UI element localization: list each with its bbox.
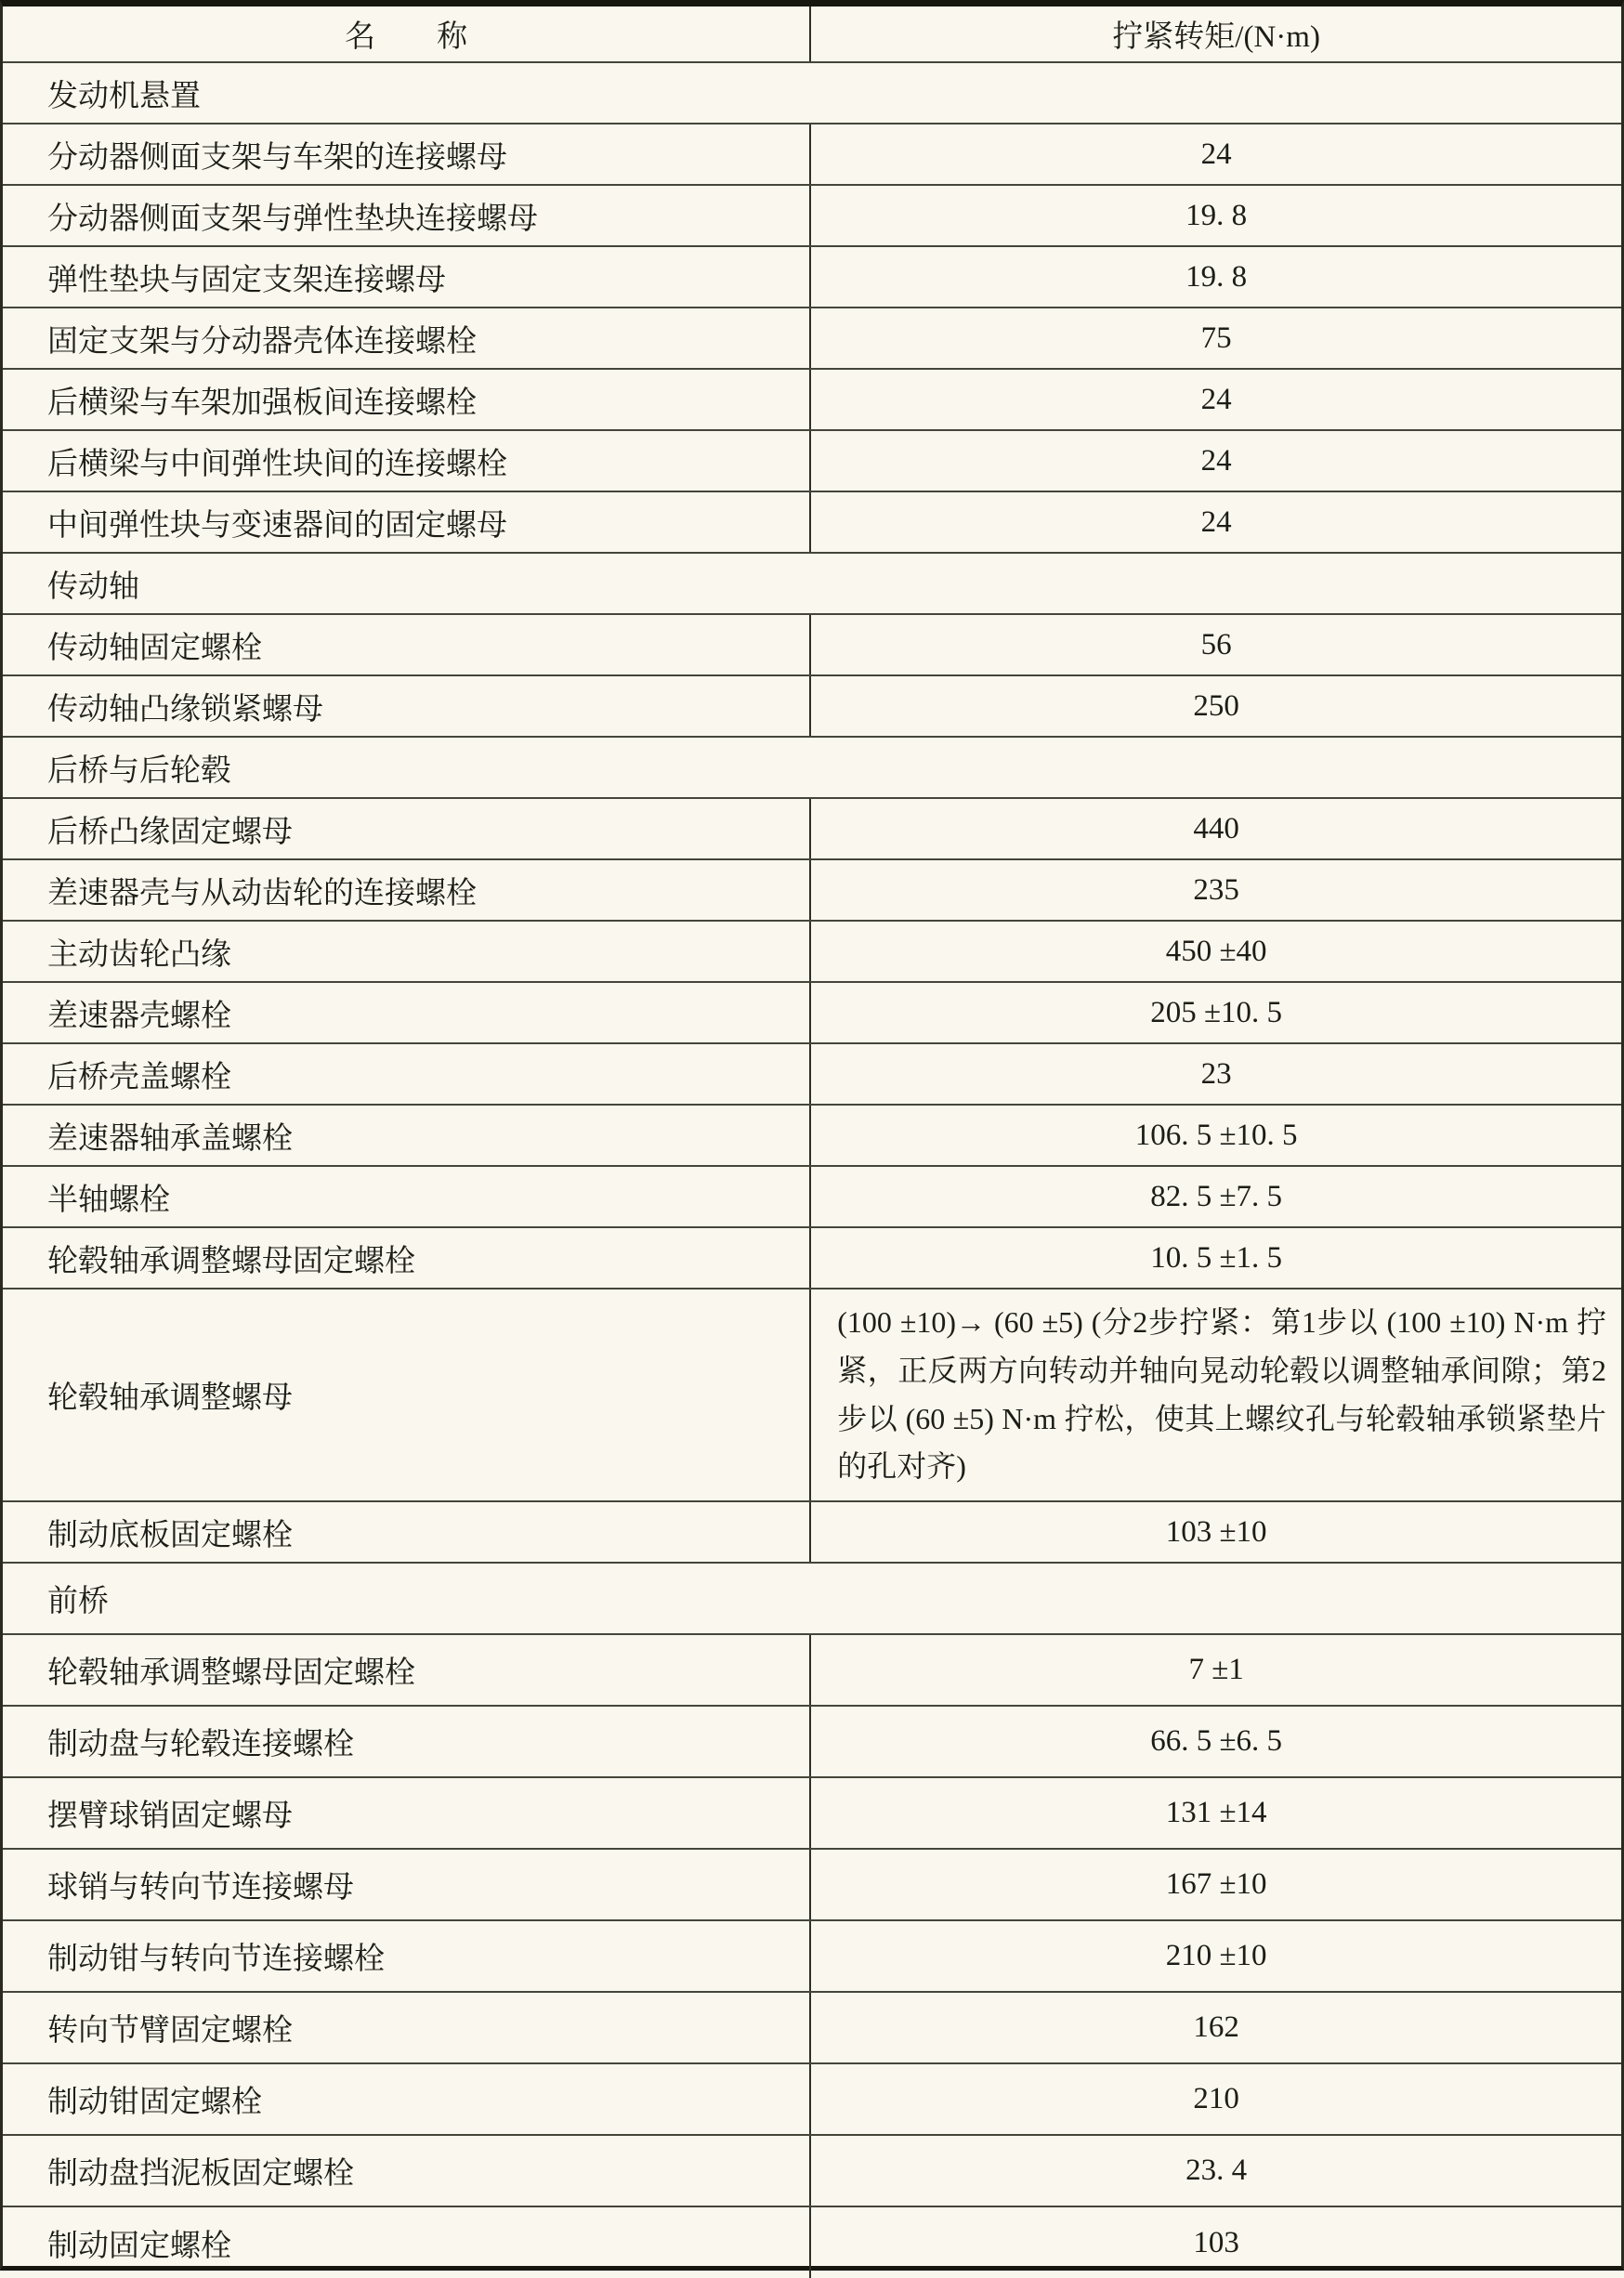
table-row: 后桥凸缘固定螺母440: [3, 798, 1621, 859]
row-torque-cell: 106. 5 ±10. 5: [810, 1105, 1621, 1166]
table-row: 主动齿轮凸缘450 ±40: [3, 921, 1621, 982]
row-name-cell: 制动固定螺栓: [3, 2206, 810, 2278]
row-torque-cell: 19. 8: [810, 185, 1621, 246]
row-name-cell: 分动器侧面支架与弹性垫块连接螺母: [3, 185, 810, 246]
row-torque-cell: 24: [810, 124, 1621, 185]
section-title-cell: 后桥与后轮毂: [3, 737, 1621, 798]
table-row: 传动轴固定螺栓56: [3, 614, 1621, 675]
row-torque-cell: 24: [810, 491, 1621, 553]
row-torque-cell: 440: [810, 798, 1621, 859]
table-row: 轮毂轴承调整螺母(100 ±10)→ (60 ±5) (分2步拧紧：第1步以 (…: [3, 1289, 1621, 1501]
table-row: 弹性垫块与固定支架连接螺母19. 8: [3, 246, 1621, 308]
row-name-cell: 轮毂轴承调整螺母固定螺栓: [3, 1634, 810, 1706]
row-name-cell: 摆臂球销固定螺母: [3, 1777, 810, 1849]
table-row: 差速器壳螺栓205 ±10. 5: [3, 982, 1621, 1043]
row-torque-cell: 82. 5 ±7. 5: [810, 1166, 1621, 1227]
table-row: 转向节臂固定螺栓162: [3, 1992, 1621, 2063]
row-name-cell: 分动器侧面支架与车架的连接螺母: [3, 124, 810, 185]
table-row: 制动固定螺栓103: [3, 2206, 1621, 2278]
torque-spec-table-page: 名 称 拧紧转矩/(N·m) 发动机悬置分动器侧面支架与车架的连接螺母24分动器…: [0, 0, 1624, 2271]
row-torque-cell: 205 ±10. 5: [810, 982, 1621, 1043]
section-title-cell: 前桥: [3, 1563, 1621, 1634]
row-torque-cell: 162: [810, 1992, 1621, 2063]
column-header-name: 名 称: [3, 7, 810, 62]
table-row: 差速器壳与从动齿轮的连接螺栓235: [3, 859, 1621, 921]
row-torque-cell: 103 ±10: [810, 1501, 1621, 1563]
row-name-cell: 后桥壳盖螺栓: [3, 1043, 810, 1105]
table-row: 固定支架与分动器壳体连接螺栓75: [3, 308, 1621, 369]
row-name-cell: 弹性垫块与固定支架连接螺母: [3, 246, 810, 308]
table-row: 球销与转向节连接螺母167 ±10: [3, 1849, 1621, 1920]
row-torque-cell: 66. 5 ±6. 5: [810, 1706, 1621, 1777]
table-row: 半轴螺栓82. 5 ±7. 5: [3, 1166, 1621, 1227]
row-name-cell: 后桥凸缘固定螺母: [3, 798, 810, 859]
row-name-cell: 半轴螺栓: [3, 1166, 810, 1227]
row-name-cell: 制动底板固定螺栓: [3, 1501, 810, 1563]
row-torque-cell: 23. 4: [810, 2135, 1621, 2206]
table-row: 摆臂球销固定螺母131 ±14: [3, 1777, 1621, 1849]
table-row: 中间弹性块与变速器间的固定螺母24: [3, 491, 1621, 553]
section-row: 发动机悬置: [3, 62, 1621, 124]
row-name-cell: 制动盘挡泥板固定螺栓: [3, 2135, 810, 2206]
row-torque-cell: 450 ±40: [810, 921, 1621, 982]
row-torque-cell: 10. 5 ±1. 5: [810, 1227, 1621, 1289]
row-name-cell: 传动轴凸缘锁紧螺母: [3, 675, 810, 737]
section-title-cell: 发动机悬置: [3, 62, 1621, 124]
row-torque-cell: 210 ±10: [810, 1920, 1621, 1992]
row-name-cell: 制动盘与轮毂连接螺栓: [3, 1706, 810, 1777]
row-torque-cell: 250: [810, 675, 1621, 737]
table-header-row: 名 称 拧紧转矩/(N·m): [3, 7, 1621, 62]
table-row: 分动器侧面支架与弹性垫块连接螺母19. 8: [3, 185, 1621, 246]
table-row: 后桥壳盖螺栓23: [3, 1043, 1621, 1105]
row-name-cell: 主动齿轮凸缘: [3, 921, 810, 982]
row-name-cell: 轮毂轴承调整螺母固定螺栓: [3, 1227, 810, 1289]
row-torque-cell: (100 ±10)→ (60 ±5) (分2步拧紧：第1步以 (100 ±10)…: [810, 1289, 1621, 1501]
row-torque-cell: 131 ±14: [810, 1777, 1621, 1849]
row-torque-cell: 167 ±10: [810, 1849, 1621, 1920]
row-torque-cell: 235: [810, 859, 1621, 921]
table-row: 轮毂轴承调整螺母固定螺栓7 ±1: [3, 1634, 1621, 1706]
row-name-cell: 转向节臂固定螺栓: [3, 1992, 810, 2063]
section-row: 后桥与后轮毂: [3, 737, 1621, 798]
table-row: 轮毂轴承调整螺母固定螺栓10. 5 ±1. 5: [3, 1227, 1621, 1289]
row-name-cell: 差速器壳与从动齿轮的连接螺栓: [3, 859, 810, 921]
row-torque-cell: 7 ±1: [810, 1634, 1621, 1706]
table-row: 制动盘与轮毂连接螺栓66. 5 ±6. 5: [3, 1706, 1621, 1777]
row-torque-cell: 24: [810, 369, 1621, 430]
row-torque-cell: 75: [810, 308, 1621, 369]
row-name-cell: 轮毂轴承调整螺母: [3, 1289, 810, 1501]
table-row: 传动轴凸缘锁紧螺母250: [3, 675, 1621, 737]
row-torque-cell: 210: [810, 2063, 1621, 2135]
row-torque-cell: 56: [810, 614, 1621, 675]
torque-table: 名 称 拧紧转矩/(N·m) 发动机悬置分动器侧面支架与车架的连接螺母24分动器…: [3, 7, 1621, 2278]
row-name-cell: 制动钳固定螺栓: [3, 2063, 810, 2135]
table-row: 制动盘挡泥板固定螺栓23. 4: [3, 2135, 1621, 2206]
table-row: 制动底板固定螺栓103 ±10: [3, 1501, 1621, 1563]
table-row: 差速器轴承盖螺栓106. 5 ±10. 5: [3, 1105, 1621, 1166]
row-torque-cell: 19. 8: [810, 246, 1621, 308]
section-title-cell: 传动轴: [3, 553, 1621, 614]
row-torque-cell: 103: [810, 2206, 1621, 2278]
row-name-cell: 中间弹性块与变速器间的固定螺母: [3, 491, 810, 553]
row-name-cell: 球销与转向节连接螺母: [3, 1849, 810, 1920]
row-name-cell: 传动轴固定螺栓: [3, 614, 810, 675]
row-name-cell: 差速器壳螺栓: [3, 982, 810, 1043]
section-row: 传动轴: [3, 553, 1621, 614]
table-row: 后横梁与车架加强板间连接螺栓24: [3, 369, 1621, 430]
row-torque-cell: 23: [810, 1043, 1621, 1105]
table-row: 后横梁与中间弹性块间的连接螺栓24: [3, 430, 1621, 491]
row-name-cell: 后横梁与车架加强板间连接螺栓: [3, 369, 810, 430]
table-row: 分动器侧面支架与车架的连接螺母24: [3, 124, 1621, 185]
row-name-cell: 后横梁与中间弹性块间的连接螺栓: [3, 430, 810, 491]
row-name-cell: 差速器轴承盖螺栓: [3, 1105, 810, 1166]
table-row: 制动钳与转向节连接螺栓210 ±10: [3, 1920, 1621, 1992]
row-name-cell: 制动钳与转向节连接螺栓: [3, 1920, 810, 1992]
row-name-cell: 固定支架与分动器壳体连接螺栓: [3, 308, 810, 369]
section-row: 前桥: [3, 1563, 1621, 1634]
column-header-torque: 拧紧转矩/(N·m): [810, 7, 1621, 62]
table-row: 制动钳固定螺栓210: [3, 2063, 1621, 2135]
row-torque-cell: 24: [810, 430, 1621, 491]
